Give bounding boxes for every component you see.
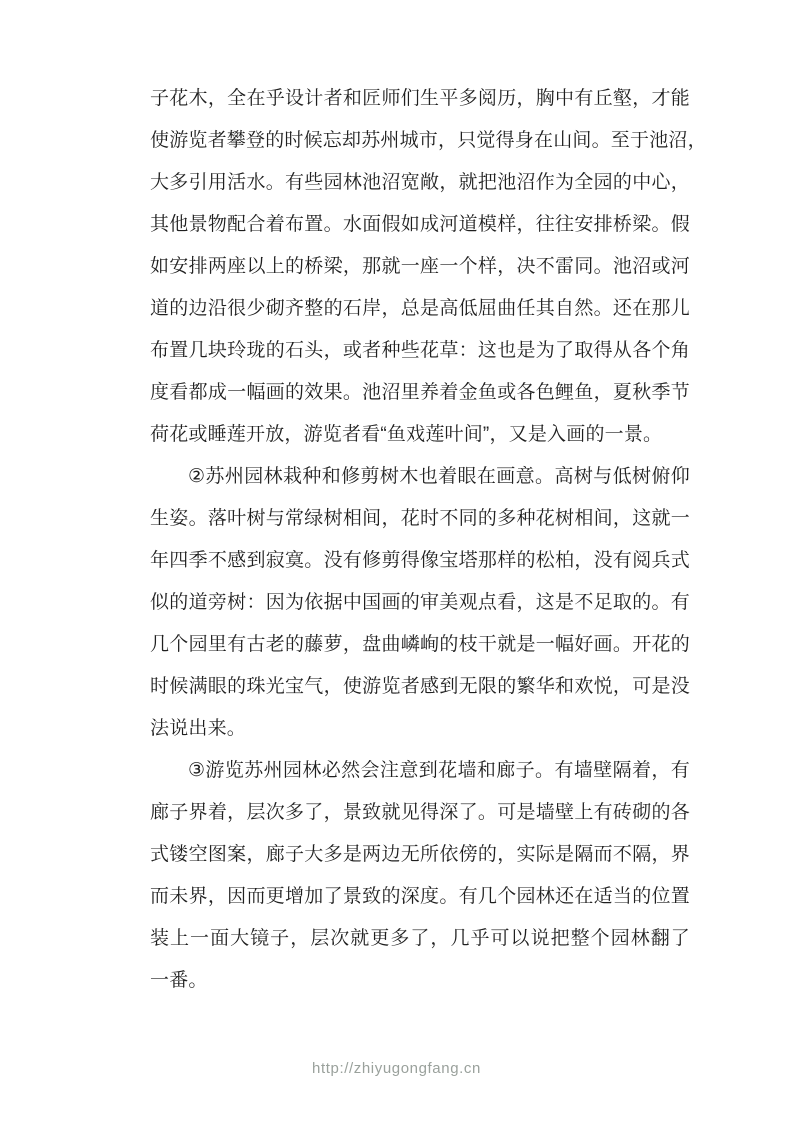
text-line: 法说出来。 bbox=[150, 708, 690, 750]
text-line: 年四季不感到寂寞。没有修剪得像宝塔那样的松柏，没有阅兵式 bbox=[150, 540, 690, 582]
text-line: 其他景物配合着布置。水面假如成河道模样，往往安排桥梁。假 bbox=[150, 204, 690, 246]
text-line: 使游览者攀登的时候忘却苏州城市，只觉得身在山间。至于池沼， bbox=[150, 120, 690, 162]
text-line: 生姿。落叶树与常绿树相间，花时不同的多种花树相间，这就一 bbox=[150, 498, 690, 540]
text-line: 子花木，全在乎设计者和匠师们生平多阅历，胸中有丘壑，才能 bbox=[150, 78, 690, 120]
text-line: 道的边沿很少砌齐整的石岸，总是高低屈曲任其自然。还在那儿 bbox=[150, 288, 690, 330]
document-page: 子花木，全在乎设计者和匠师们生平多阅历，胸中有丘壑，才能使游览者攀登的时候忘却苏… bbox=[0, 0, 793, 1122]
text-line: 大多引用活水。有些园林池沼宽敞，就把池沼作为全园的中心， bbox=[150, 162, 690, 204]
paragraph: ③游览苏州园林必然会注意到花墙和廊子。有墙壁隔着，有廊子界着，层次多了，景致就见… bbox=[150, 750, 690, 1002]
text-line: 度看都成一幅画的效果。池沼里养着金鱼或各色鲤鱼，夏秋季节 bbox=[150, 372, 690, 414]
text-line: 而未界，因而更增加了景致的深度。有几个园林还在适当的位置 bbox=[150, 876, 690, 918]
footer-watermark-url: http://zhiyugongfang.cn bbox=[0, 1060, 793, 1077]
paragraph: 子花木，全在乎设计者和匠师们生平多阅历，胸中有丘壑，才能使游览者攀登的时候忘却苏… bbox=[150, 78, 690, 456]
text-line: 时候满眼的珠光宝气，使游览者感到无限的繁华和欢悦，可是没 bbox=[150, 666, 690, 708]
text-line: ②苏州园林栽种和修剪树木也着眼在画意。高树与低树俯仰 bbox=[150, 456, 690, 498]
text-line: ③游览苏州园林必然会注意到花墙和廊子。有墙壁隔着，有 bbox=[150, 750, 690, 792]
text-line: 布置几块玲珑的石头，或者种些花草：这也是为了取得从各个角 bbox=[150, 330, 690, 372]
text-line: 荷花或睡莲开放，游览者看“鱼戏莲叶间”，又是入画的一景。 bbox=[150, 414, 690, 456]
text-line: 似的道旁树：因为依据中国画的审美观点看，这是不足取的。有 bbox=[150, 582, 690, 624]
text-line: 如安排两座以上的桥梁，那就一座一个样，决不雷同。池沼或河 bbox=[150, 246, 690, 288]
text-line: 几个园里有古老的藤萝，盘曲嶙峋的枝干就是一幅好画。开花的 bbox=[150, 624, 690, 666]
text-line: 廊子界着，层次多了，景致就见得深了。可是墙壁上有砖砌的各 bbox=[150, 792, 690, 834]
text-line: 装上一面大镜子，层次就更多了，几乎可以说把整个园林翻了 bbox=[150, 918, 690, 960]
text-line: 式镂空图案，廊子大多是两边无所依傍的，实际是隔而不隔，界 bbox=[150, 834, 690, 876]
paragraph: ②苏州园林栽种和修剪树木也着眼在画意。高树与低树俯仰生姿。落叶树与常绿树相间，花… bbox=[150, 456, 690, 750]
text-line: 一番。 bbox=[150, 960, 690, 1002]
document-body: 子花木，全在乎设计者和匠师们生平多阅历，胸中有丘壑，才能使游览者攀登的时候忘却苏… bbox=[150, 78, 690, 1002]
